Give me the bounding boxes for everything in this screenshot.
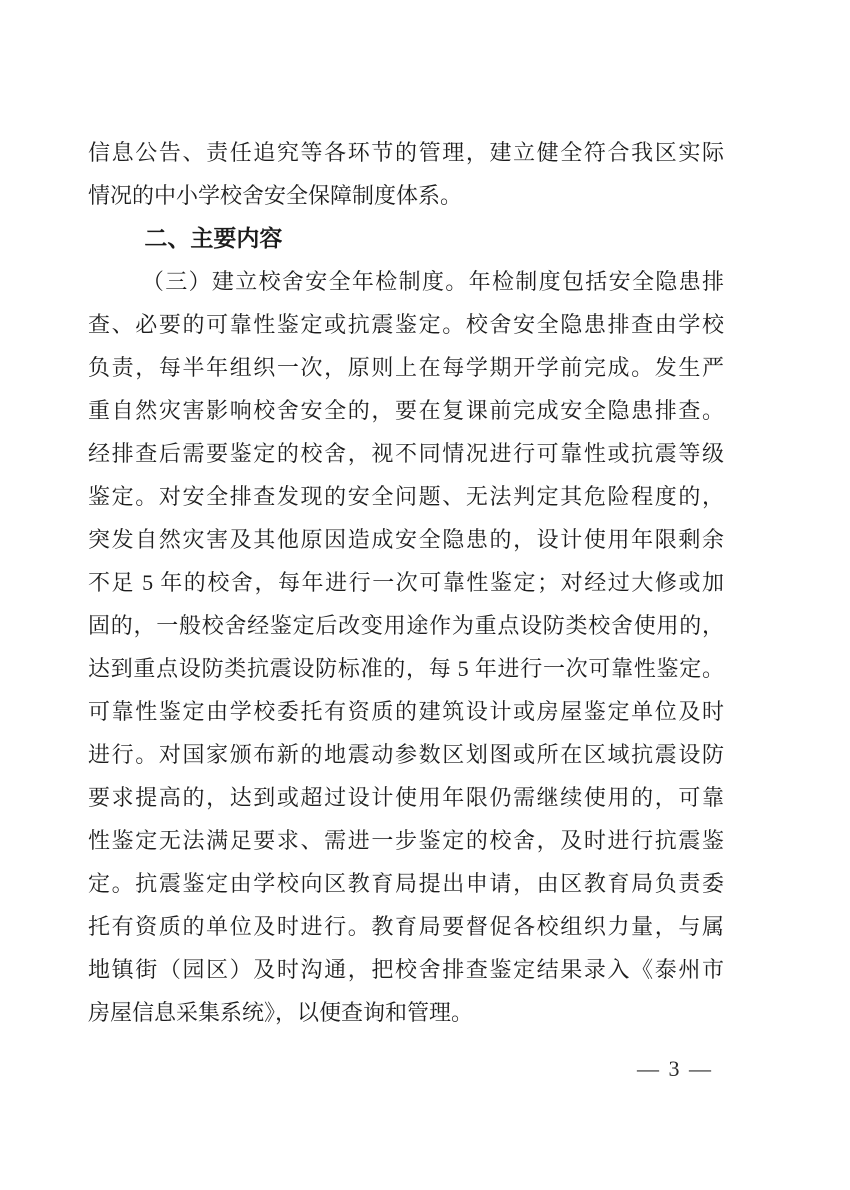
text-line: 性鉴定无法满足要求、需进一步鉴定的校舍，及时进行抗震鉴 xyxy=(88,819,724,862)
text-line: 托有资质的单位及时进行。教育局要督促各校组织力量，与属 xyxy=(88,905,724,948)
text-line: 进行。对国家颁布新的地震动参数区划图或所在区域抗震设防 xyxy=(88,733,724,776)
text-line: 情况的中小学校舍安全保障制度体系。 xyxy=(88,174,724,217)
text-line: 达到重点设防类抗震设防标准的，每 5 年进行一次可靠性鉴定。 xyxy=(88,647,724,690)
text-line: 可靠性鉴定由学校委托有资质的建筑设计或房屋鉴定单位及时 xyxy=(88,690,724,733)
text-line: 信息公告、责任追究等各环节的管理，建立健全符合我区实际 xyxy=(88,131,724,174)
text-line: 重自然灾害影响校舍安全的，要在复课前完成安全隐患排查。 xyxy=(88,389,724,432)
text-line: 突发自然灾害及其他原因造成安全隐患的，设计使用年限剩余 xyxy=(88,518,724,561)
page-number: — 3 — xyxy=(630,1054,720,1084)
text-line: 房屋信息采集系统》，以便查询和管理。 xyxy=(88,991,724,1034)
text-line: 经排查后需要鉴定的校舍，视不同情况进行可靠性或抗震等级 xyxy=(88,432,724,475)
text-line: 鉴定。对安全排查发现的安全问题、无法判定其危险程度的， xyxy=(88,475,724,518)
text-line: 地镇街（园区）及时沟通，把校舍排查鉴定结果录入《泰州市 xyxy=(88,948,724,991)
text-line: （三）建立校舍安全年检制度。年检制度包括安全隐患排 xyxy=(88,260,724,303)
text-line: 定。抗震鉴定由学校向区教育局提出申请，由区教育局负责委 xyxy=(88,862,724,905)
document-body: 信息公告、责任追究等各环节的管理，建立健全符合我区实际情况的中小学校舍安全保障制… xyxy=(88,131,724,1034)
text-line: 要求提高的，达到或超过设计使用年限仍需继续使用的，可靠 xyxy=(88,776,724,819)
text-line: 负责，每半年组织一次，原则上在每学期开学前完成。发生严 xyxy=(88,346,724,389)
text-line: 不足 5 年的校舍，每年进行一次可靠性鉴定；对经过大修或加 xyxy=(88,561,724,604)
section-heading: 二、主要内容 xyxy=(88,217,724,260)
document-page: 信息公告、责任追究等各环节的管理，建立健全符合我区实际情况的中小学校舍安全保障制… xyxy=(0,0,850,1190)
text-line: 查、必要的可靠性鉴定或抗震鉴定。校舍安全隐患排查由学校 xyxy=(88,303,724,346)
text-line: 固的，一般校舍经鉴定后改变用途作为重点设防类校舍使用的， xyxy=(88,604,724,647)
